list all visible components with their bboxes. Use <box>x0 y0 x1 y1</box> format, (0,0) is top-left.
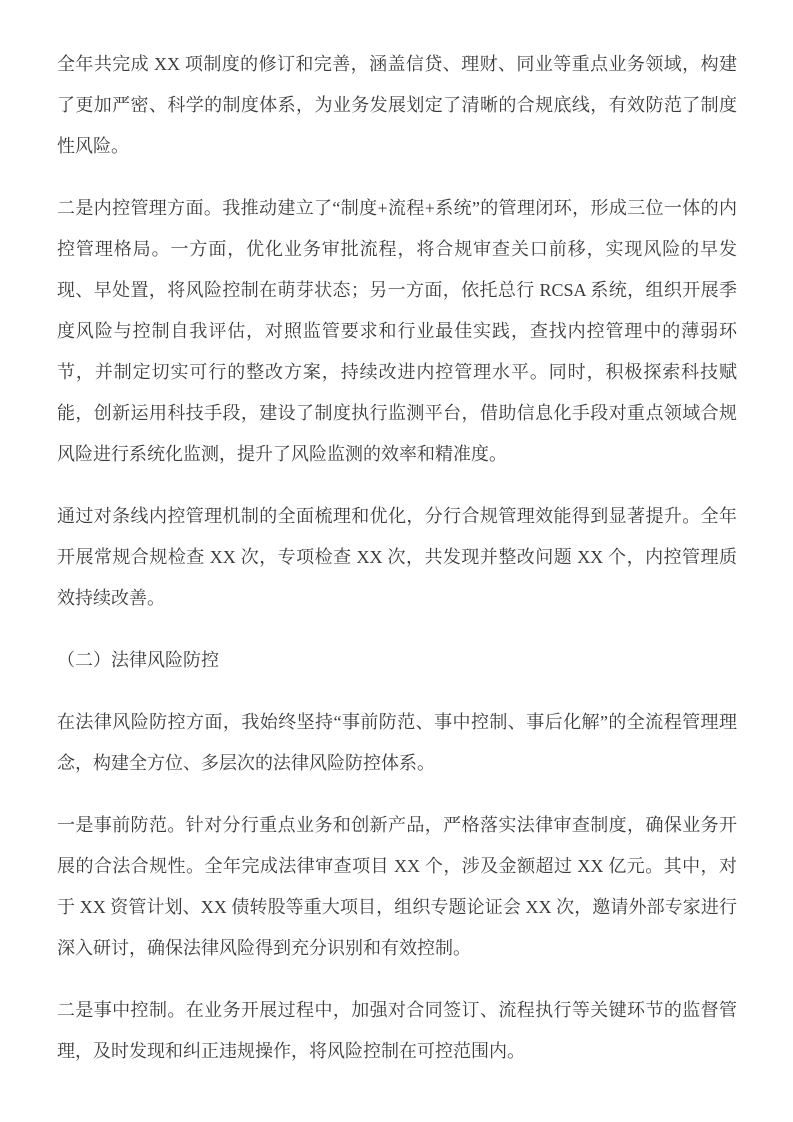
section-heading-legal-risk-prevention: （二）法律风险防控 <box>57 640 737 681</box>
paragraph-internal-control-management: 二是内控管理方面。我推动建立了“制度+流程+系统”的管理闭环，形成三位一体的内控… <box>57 188 737 475</box>
paragraph-pre-event-prevention: 一是事前防范。针对分行重点业务和创新产品，严格落实法律审查制度，确保业务开展的合… <box>57 805 737 969</box>
document-page: 全年共完成 XX 项制度的修订和完善，涵盖信贷、理财、同业等重点业务领域，构建了… <box>0 0 793 1122</box>
paragraph-legal-risk-philosophy: 在法律风险防控方面，我始终坚持“事前防范、事中控制、事后化解”的全流程管理理念，… <box>57 702 737 784</box>
paragraph-in-process-control: 二是事中控制。在业务开展过程中，加强对合同签订、流程执行等关键环节的监督管理，及… <box>57 990 737 1072</box>
paragraph-institution-revision: 全年共完成 XX 项制度的修订和完善，涵盖信贷、理财、同业等重点业务领域，构建了… <box>57 44 737 167</box>
paragraph-compliance-inspection-results: 通过对条线内控管理机制的全面梳理和优化，分行合规管理效能得到显著提升。全年开展常… <box>57 496 737 619</box>
